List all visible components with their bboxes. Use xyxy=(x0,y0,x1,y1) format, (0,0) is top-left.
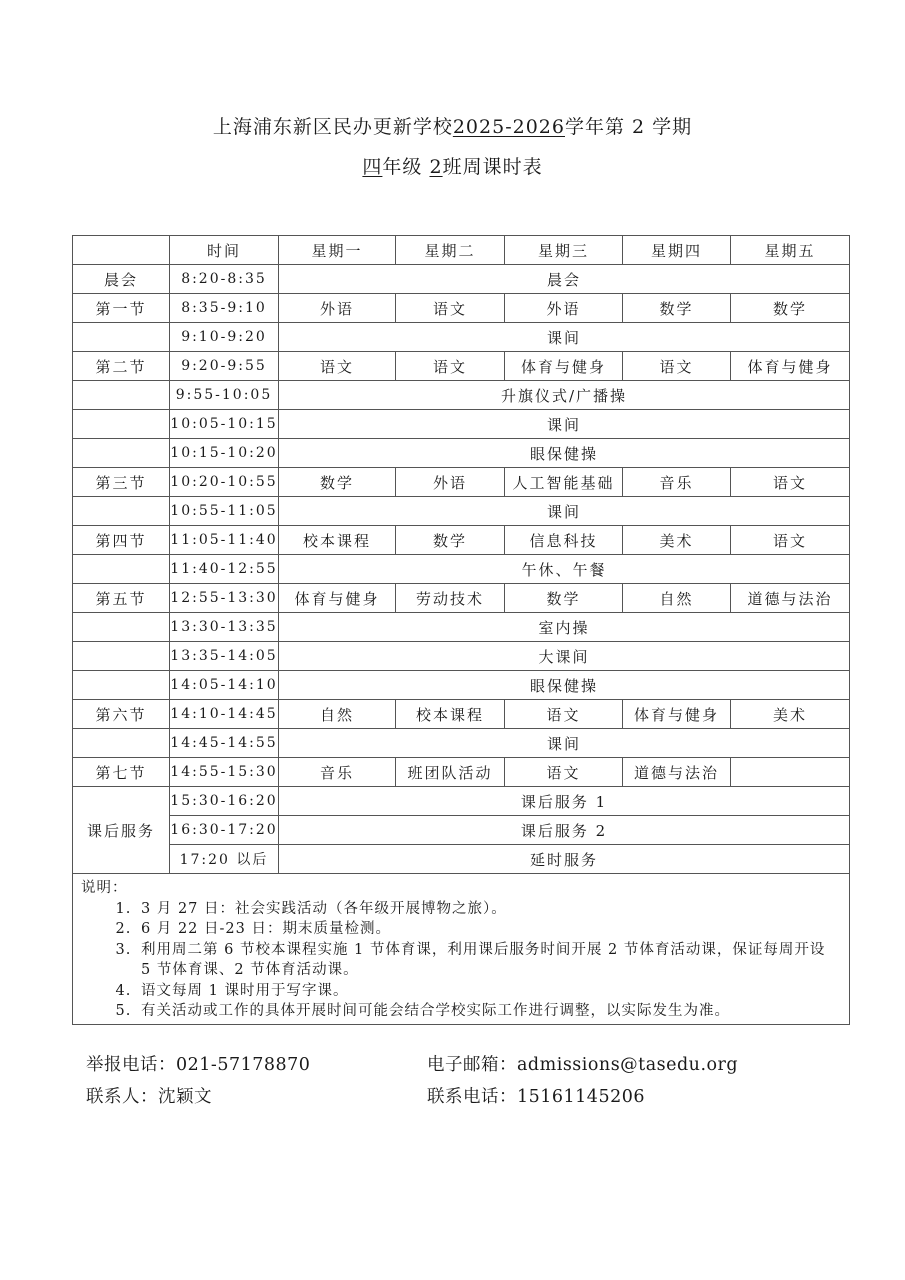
class-cell: 数学 xyxy=(505,584,623,613)
class-cell: 体育与健身 xyxy=(279,584,396,613)
table-row: 第一节8:35-9:10外语语文外语数学数学 xyxy=(73,294,850,323)
class-cell: 自然 xyxy=(279,700,396,729)
period-label: 第五节 xyxy=(73,584,170,613)
notes-row: 说明：3 月 27 日：社会实践活动（各年级开展博物之旅）。6 月 22 日-2… xyxy=(73,874,850,1025)
period-label xyxy=(73,497,170,526)
title-school-year: 2025-2026 xyxy=(453,116,565,138)
period-label xyxy=(73,642,170,671)
note-item: 6 月 22 日-23 日：期末质量检测。 xyxy=(137,919,841,940)
period-label xyxy=(73,555,170,584)
period-label: 第三节 xyxy=(73,468,170,497)
document-title: 上海浦东新区民办更新学校2025-2026学年第 2 学期 xyxy=(0,112,905,139)
period-label xyxy=(73,671,170,700)
timetable: 时间星期一星期二星期三星期四星期五晨会8:20-8:35晨会第一节8:35-9:… xyxy=(72,235,850,1025)
class-cell: 劳动技术 xyxy=(396,584,505,613)
table-row: 第五节12:55-13:30体育与健身劳动技术数学自然道德与法治 xyxy=(73,584,850,613)
table-row: 11:40-12:55午休、午餐 xyxy=(73,555,850,584)
contact-person: 联系人：沈颖文 xyxy=(86,1083,212,1108)
time-cell: 14:45-14:55 xyxy=(170,729,279,758)
class-cell: 校本课程 xyxy=(396,700,505,729)
period-label xyxy=(73,410,170,439)
class-cell: 数学 xyxy=(396,526,505,555)
time-cell: 9:20-9:55 xyxy=(170,352,279,381)
class-cell: 语文 xyxy=(505,758,623,787)
class-cell: 语文 xyxy=(623,352,731,381)
class-cell: 数学 xyxy=(623,294,731,323)
class-cell: 体育与健身 xyxy=(623,700,731,729)
class-cell: 美术 xyxy=(623,526,731,555)
class-cell: 语文 xyxy=(279,352,396,381)
class-cell: 语文 xyxy=(396,294,505,323)
class-cell: 语文 xyxy=(731,526,850,555)
class-cell: 外语 xyxy=(396,468,505,497)
note-item: 利用周二第 6 节校本课程实施 1 节体育课，利用课后服务时间开展 2 节体育活… xyxy=(137,940,841,981)
after-school-label: 课后服务 xyxy=(73,787,170,874)
class-cell: 音乐 xyxy=(623,468,731,497)
class-cell: 美术 xyxy=(731,700,850,729)
after-school-row: 课后服务15:30-16:20课后服务 1 xyxy=(73,787,850,816)
period-label xyxy=(73,381,170,410)
table-row: 9:55-10:05升旗仪式/广播操 xyxy=(73,381,850,410)
class-cell: 校本课程 xyxy=(279,526,396,555)
activity-span-cell: 晨会 xyxy=(279,265,850,294)
class-cell: 自然 xyxy=(623,584,731,613)
activity-span-cell: 课间 xyxy=(279,497,850,526)
table-row: 14:05-14:10眼保健操 xyxy=(73,671,850,700)
table-row: 10:55-11:05课间 xyxy=(73,497,850,526)
header-time: 时间 xyxy=(170,236,279,265)
note-item: 有关活动或工作的具体开展时间可能会结合学校实际工作进行调整，以实际发生为准。 xyxy=(137,1001,841,1022)
service-span-cell: 课后服务 1 xyxy=(279,787,850,816)
time-cell: 10:05-10:15 xyxy=(170,410,279,439)
table-row: 13:35-14:05大课间 xyxy=(73,642,850,671)
table-row: 10:05-10:15课间 xyxy=(73,410,850,439)
activity-span-cell: 眼保健操 xyxy=(279,439,850,468)
report-phone: 举报电话：021-57178870 xyxy=(86,1051,310,1076)
class-cell: 语文 xyxy=(505,700,623,729)
table-row: 第二节9:20-9:55语文语文体育与健身语文体育与健身 xyxy=(73,352,850,381)
period-label: 第六节 xyxy=(73,700,170,729)
subtitle-grade: 四 xyxy=(362,156,382,178)
activity-span-cell: 课间 xyxy=(279,410,850,439)
header-day: 星期四 xyxy=(623,236,731,265)
subtitle-class: 2 xyxy=(429,156,442,178)
time-cell: 10:20-10:55 xyxy=(170,468,279,497)
time-cell: 14:05-14:10 xyxy=(170,671,279,700)
time-cell: 14:10-14:45 xyxy=(170,700,279,729)
period-label: 晨会 xyxy=(73,265,170,294)
service-span-cell: 延时服务 xyxy=(279,845,850,874)
time-cell: 12:55-13:30 xyxy=(170,584,279,613)
notes-title: 说明： xyxy=(81,878,841,899)
table-row: 第七节14:55-15:30音乐班团队活动语文道德与法治 xyxy=(73,758,850,787)
title-semester: 学年第 2 学期 xyxy=(565,116,692,138)
time-cell: 17:20 以后 xyxy=(170,845,279,874)
notes-list: 3 月 27 日：社会实践活动（各年级开展博物之旅）。6 月 22 日-23 日… xyxy=(81,899,841,1022)
time-cell: 9:10-9:20 xyxy=(170,323,279,352)
time-cell: 10:55-11:05 xyxy=(170,497,279,526)
header-row: 时间星期一星期二星期三星期四星期五 xyxy=(73,236,850,265)
time-cell: 9:55-10:05 xyxy=(170,381,279,410)
period-label: 第七节 xyxy=(73,758,170,787)
table-row: 10:15-10:20眼保健操 xyxy=(73,439,850,468)
activity-span-cell: 室内操 xyxy=(279,613,850,642)
class-cell: 信息科技 xyxy=(505,526,623,555)
class-cell: 体育与健身 xyxy=(731,352,850,381)
service-span-cell: 课后服务 2 xyxy=(279,816,850,845)
note-item: 语文每周 1 课时用于写字课。 xyxy=(137,981,841,1002)
activity-span-cell: 课间 xyxy=(279,323,850,352)
time-cell: 13:30-13:35 xyxy=(170,613,279,642)
header-corner xyxy=(73,236,170,265)
table-row: 14:45-14:55课间 xyxy=(73,729,850,758)
note-item: 3 月 27 日：社会实践活动（各年级开展博物之旅）。 xyxy=(137,899,841,920)
after-school-row: 16:30-17:20课后服务 2 xyxy=(73,816,850,845)
time-cell: 11:40-12:55 xyxy=(170,555,279,584)
time-cell: 14:55-15:30 xyxy=(170,758,279,787)
table-row: 晨会8:20-8:35晨会 xyxy=(73,265,850,294)
period-label: 第二节 xyxy=(73,352,170,381)
table-row: 第三节10:20-10:55数学外语人工智能基础音乐语文 xyxy=(73,468,850,497)
time-cell: 16:30-17:20 xyxy=(170,816,279,845)
header-day: 星期二 xyxy=(396,236,505,265)
activity-span-cell: 升旗仪式/广播操 xyxy=(279,381,850,410)
period-label xyxy=(73,323,170,352)
table-row: 13:30-13:35室内操 xyxy=(73,613,850,642)
class-cell: 语文 xyxy=(396,352,505,381)
class-cell: 数学 xyxy=(279,468,396,497)
class-cell: 班团队活动 xyxy=(396,758,505,787)
document-subtitle: 四年级 2班周课时表 xyxy=(0,152,905,179)
email: 电子邮箱：admissions@tasedu.org xyxy=(427,1051,738,1076)
period-label: 第四节 xyxy=(73,526,170,555)
class-cell: 道德与法治 xyxy=(731,584,850,613)
title-school: 上海浦东新区民办更新学校 xyxy=(213,116,453,138)
table-row: 第六节14:10-14:45自然校本课程语文体育与健身美术 xyxy=(73,700,850,729)
time-cell: 8:35-9:10 xyxy=(170,294,279,323)
class-cell: 外语 xyxy=(505,294,623,323)
time-cell: 8:20-8:35 xyxy=(170,265,279,294)
activity-span-cell: 午休、午餐 xyxy=(279,555,850,584)
header-day: 星期一 xyxy=(279,236,396,265)
period-label xyxy=(73,613,170,642)
time-cell: 11:05-11:40 xyxy=(170,526,279,555)
period-label xyxy=(73,729,170,758)
class-cell: 人工智能基础 xyxy=(505,468,623,497)
class-cell: 音乐 xyxy=(279,758,396,787)
time-cell: 15:30-16:20 xyxy=(170,787,279,816)
class-cell: 外语 xyxy=(279,294,396,323)
table-row: 第四节11:05-11:40校本课程数学信息科技美术语文 xyxy=(73,526,850,555)
subtitle-grade-suffix: 年级 xyxy=(382,156,422,178)
activity-span-cell: 大课间 xyxy=(279,642,850,671)
header-day: 星期五 xyxy=(731,236,850,265)
after-school-row: 17:20 以后延时服务 xyxy=(73,845,850,874)
class-cell: 数学 xyxy=(731,294,850,323)
table-row: 9:10-9:20课间 xyxy=(73,323,850,352)
activity-span-cell: 课间 xyxy=(279,729,850,758)
contact-phone: 联系电话：15161145206 xyxy=(427,1083,645,1108)
class-cell: 道德与法治 xyxy=(623,758,731,787)
notes-cell: 说明：3 月 27 日：社会实践活动（各年级开展博物之旅）。6 月 22 日-2… xyxy=(73,874,850,1025)
class-cell: 体育与健身 xyxy=(505,352,623,381)
time-cell: 13:35-14:05 xyxy=(170,642,279,671)
period-label: 第一节 xyxy=(73,294,170,323)
time-cell: 10:15-10:20 xyxy=(170,439,279,468)
class-cell: 语文 xyxy=(731,468,850,497)
header-day: 星期三 xyxy=(505,236,623,265)
period-label xyxy=(73,439,170,468)
class-cell xyxy=(731,758,850,787)
subtitle-suffix: 班周课时表 xyxy=(443,156,543,178)
activity-span-cell: 眼保健操 xyxy=(279,671,850,700)
